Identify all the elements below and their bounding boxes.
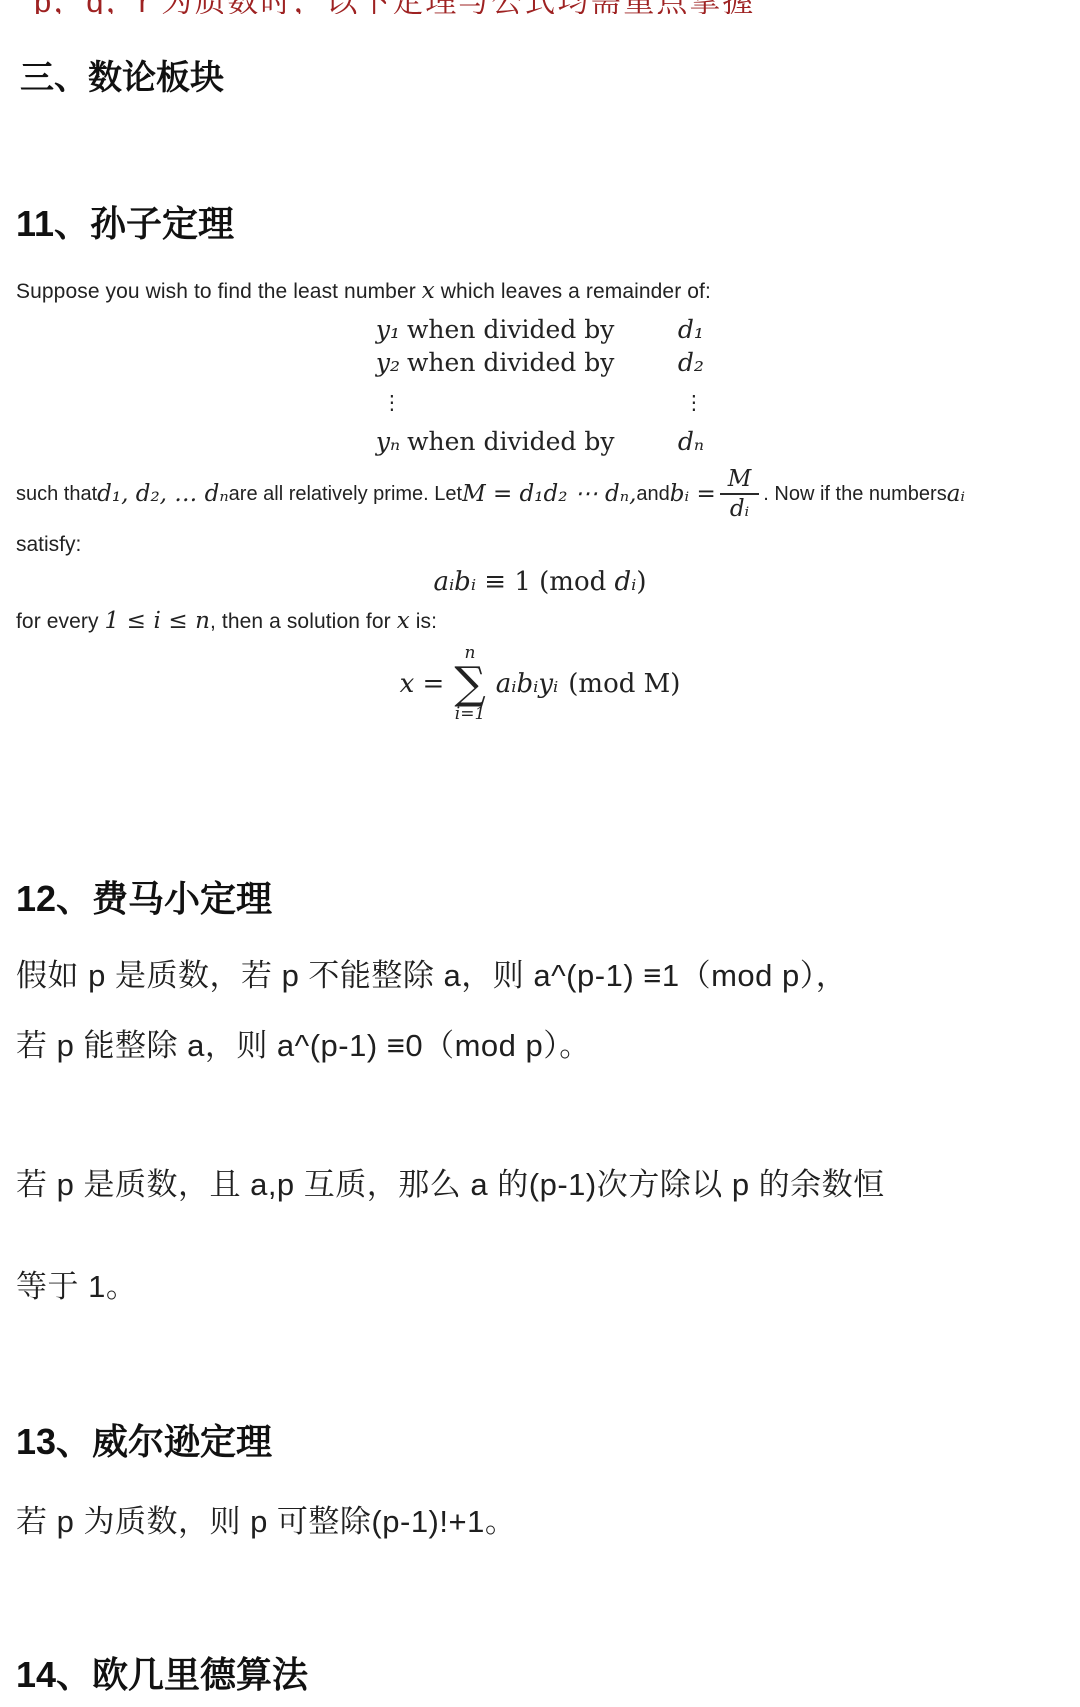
row-mid: when divided by bbox=[407, 315, 614, 344]
section-11-heading: 11、孙子定理 bbox=[16, 203, 1064, 244]
sum-mod: (mod M) bbox=[568, 669, 680, 699]
intro-var-x: x bbox=[422, 278, 435, 304]
such-text: such that bbox=[16, 481, 97, 507]
solution-sum-formula: x = n ∑ i=1 aᵢbᵢyᵢ (mod M) bbox=[16, 640, 1064, 728]
row-y: y₂ bbox=[376, 348, 400, 377]
row-y: yₙ bbox=[376, 427, 400, 456]
section-13-heading: 13、威尔逊定理 bbox=[16, 1421, 1064, 1462]
row-mid: when divided by bbox=[407, 427, 614, 456]
sum-body: aᵢbᵢyᵢ bbox=[496, 669, 559, 699]
fraction-numerator: M bbox=[720, 466, 760, 495]
sigma-lower-limit: i=1 bbox=[455, 706, 486, 723]
section-14-heading: 14、欧几里德算法 bbox=[16, 1654, 1064, 1695]
such-math-d-list: d₁, d₂, … dₙ bbox=[97, 481, 229, 507]
clipped-red-annotation-text: p，q，r 为质数时，以下定理与公式均需重点掌握 bbox=[34, 0, 755, 14]
row-y: y₁ bbox=[376, 315, 400, 344]
fe-text: for every bbox=[16, 610, 105, 633]
fermat-paragraph-line: 若 p 能整除 a，则 a^(p-1) ≡0（mod p）。 bbox=[16, 1023, 1064, 1068]
document-page: p，q，r 为质数时，以下定理与公式均需重点掌握 三、数论板块 11、孙子定理 … bbox=[0, 0, 1080, 1707]
such-that-line: such that d₁, d₂, … dₙ are all relativel… bbox=[16, 458, 1064, 530]
vertical-dots: ⋮ bbox=[376, 390, 402, 414]
fe-range: 1 ≤ i ≤ n bbox=[105, 608, 211, 634]
remainder-row-dots: ⋮ ⋮ bbox=[376, 379, 704, 425]
such-math-bi: bᵢ = bbox=[670, 481, 716, 507]
fermat-paragraph-line: 等于 1。 bbox=[16, 1264, 1064, 1309]
such-text: and bbox=[636, 481, 669, 507]
section-12-heading: 12、费马小定理 bbox=[16, 878, 1064, 919]
sigma-with-limits: n ∑ i=1 bbox=[454, 645, 485, 723]
clipped-red-annotation: p，q，r 为质数时，以下定理与公式均需重点掌握 bbox=[16, 0, 1064, 14]
sum-lhs: x = bbox=[400, 669, 445, 699]
fraction-M-over-di: Mdᵢ bbox=[720, 466, 760, 522]
fraction-denominator: dᵢ bbox=[730, 495, 749, 522]
cong-di: dᵢ bbox=[615, 567, 637, 597]
such-text: are all relatively prime. Let bbox=[229, 481, 462, 507]
fe-text: , then a solution for bbox=[210, 610, 397, 633]
cong-close-paren: ) bbox=[636, 567, 646, 597]
congruence-formula: aᵢbᵢ ≡ 1 (mod dᵢ) bbox=[16, 566, 1064, 597]
fermat-paragraph-line: 若 p 是质数，且 a,p 互质，那么 a 的(p-1)次方除以 p 的余数恒 bbox=[16, 1162, 1064, 1207]
intro-text-post: which leaves a remainder of: bbox=[435, 280, 711, 303]
row-d: d₂ bbox=[678, 348, 704, 377]
fe-var-x: x bbox=[397, 608, 410, 634]
row-mid: when divided by bbox=[407, 348, 614, 377]
such-math-M-product: M = d₁d₂ ⋯ dₙ, bbox=[462, 481, 636, 507]
remainder-row: y₁ when divided by d₁ bbox=[376, 313, 704, 346]
sigma-icon: ∑ bbox=[454, 662, 485, 706]
fe-text: is: bbox=[410, 610, 437, 633]
part-heading: 三、数论板块 bbox=[20, 58, 1064, 98]
vertical-dots: ⋮ bbox=[678, 390, 704, 414]
remainder-row: yₙ when divided by dₙ bbox=[376, 425, 704, 458]
intro-text-pre: Suppose you wish to find the least numbe… bbox=[16, 280, 422, 303]
cong-aibi: aᵢbᵢ bbox=[433, 567, 476, 597]
remainder-row: y₂ when divided by d₂ bbox=[376, 346, 704, 379]
satisfy-label: satisfy: bbox=[16, 530, 1064, 560]
row-d: d₁ bbox=[678, 315, 704, 344]
section-11-intro: Suppose you wish to find the least numbe… bbox=[16, 277, 1064, 306]
such-text: . Now if the numbers bbox=[763, 481, 946, 507]
such-math-ai: aᵢ bbox=[947, 481, 965, 507]
fermat-paragraph-line: 假如 p 是质数，若 p 不能整除 a，则 a^(p-1) ≡1（mod p）， bbox=[16, 953, 1064, 998]
remainder-rows: y₁ when divided by d₁ y₂ when divided by… bbox=[376, 313, 704, 458]
row-d: dₙ bbox=[678, 427, 704, 456]
cong-equiv: ≡ 1 (mod bbox=[476, 567, 614, 597]
wilson-paragraph-line: 若 p 为质数，则 p 可整除(p-1)!+1。 bbox=[16, 1499, 1064, 1544]
for-every-line: for every 1 ≤ i ≤ n, then a solution for… bbox=[16, 607, 1064, 636]
